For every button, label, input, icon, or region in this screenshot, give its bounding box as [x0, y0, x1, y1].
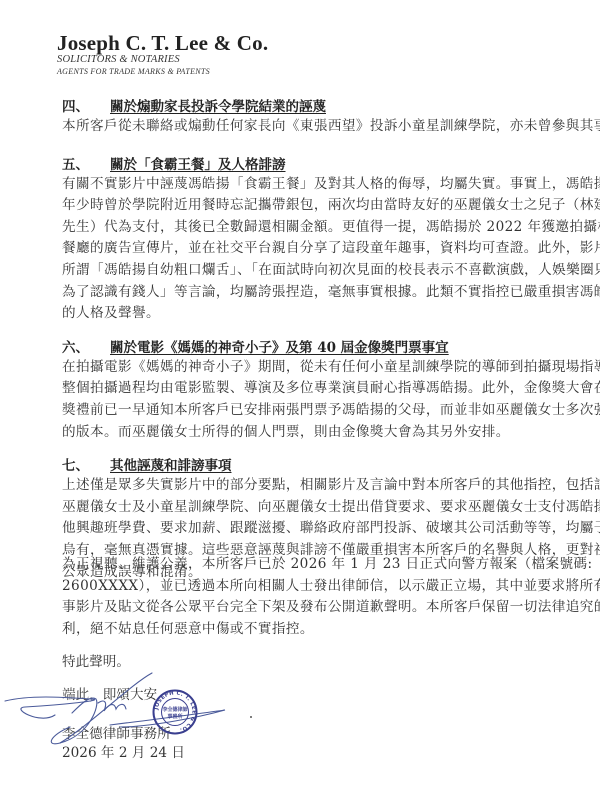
firm-subtitle-2: AGENTS FOR TRADE MARKS & PATENTS: [57, 66, 268, 77]
paragraph-line: 整個拍攝過程均由電影監製、導演及多位專業演員耐心指導馮皓揚。此外，金像獎大會在頒: [62, 378, 550, 400]
section-paragraph: 在拍攝電影《媽媽的神奇小子》期間，從未有任何小童星訓練學院的導師到拍攝現場指導。…: [62, 357, 550, 443]
company-stamp-icon: JOSEPH C. T. LEE & CO. 李全德律師 事務所: [152, 689, 198, 735]
paragraph-line: 年少時曾於學院附近用餐時忘記攜帶銀包，兩次均由當時友好的巫麗儀女士之兒子（林建邦: [62, 195, 550, 217]
paragraph-line: 為了認識有錢人」等言論，均屬誇張捏造，毫無事實根據。此類不實指控已嚴重損害馮皓揚: [62, 282, 550, 304]
section-number: 七、: [62, 457, 110, 475]
paragraph-line: 所謂「馮皓揚自幼粗口爛舌」、「在面試時向初次見面的校長表示不喜歡演戲，人娛樂圈只…: [62, 260, 550, 282]
section-5: 五、 關於「食霸王餐」及人格誹謗 有關不實影片中誣蔑馮皓揚「食霸王餐」及對其人格…: [62, 156, 550, 325]
firm-subtitle: SOLICITORS & NOTARIES: [57, 54, 268, 66]
section-paragraph: 本所客戶從未聯絡或煽動任何家長向《東張西望》投訴小童星訓練學院，亦未曾參與其事宜…: [62, 116, 550, 138]
section-title: 關於煽動家長投訴令學院結業的誣蔑: [110, 98, 326, 116]
paragraph-line: 先生）代為支付，其後已全數歸還相關金額。更值得一提，馮皓揚於 2022 年獲邀拍…: [62, 217, 550, 239]
section-heading: 七、 其他誣蔑和誹謗事項: [62, 457, 550, 475]
section-title: 關於「食霸王餐」及人格誹謗: [110, 156, 286, 174]
section-heading: 四、 關於煽動家長投訴令學院結業的誣蔑: [62, 98, 550, 116]
section-heading: 六、 關於電影《媽媽的神奇小子》及第 40 屆金像獎門票事宜: [62, 339, 550, 357]
declaration: 特此聲明。: [62, 650, 130, 670]
ink-dot: [250, 716, 252, 718]
letter-body: 四、 關於煽動家長投訴令學院結業的誣蔑 本所客戶從未聯絡或煽動任何家長向《東張西…: [62, 98, 550, 583]
paragraph-line: 他興趣班學費、要求加薪、跟蹤滋擾、聯絡政府部門投訴、破壞其公司活動等等，均屬子虛: [62, 518, 550, 540]
paragraph-line: 事影片及貼文從各公眾平台完全下架及發布公開道歉聲明。本所客戶保留一切法律追究的權: [62, 597, 550, 619]
paragraph-line: 本所客戶從未聯絡或煽動任何家長向《東張西望》投訴小童星訓練學院，亦未曾參與其事宜…: [62, 116, 550, 138]
closing-paragraph: 為正視聽、維護公義，本所客戶已於 2026 年 1 月 23 日正式向警方報案（…: [62, 554, 550, 640]
section-title: 關於電影《媽媽的神奇小子》及第 40 屆金像獎門票事宜: [110, 339, 449, 357]
section-paragraph: 有關不實影片中誣蔑馮皓揚「食霸王餐」及對其人格的侮辱，均屬失實。事實上，馮皓揚在…: [62, 174, 550, 325]
paragraph-line: 在拍攝電影《媽媽的神奇小子》期間，從未有任何小童星訓練學院的導師到拍攝現場指導。: [62, 357, 550, 379]
paragraph-line: 為正視聽、維護公義，本所客戶已於 2026 年 1 月 23 日正式向警方報案（…: [62, 554, 550, 576]
section-heading: 五、 關於「食霸王餐」及人格誹謗: [62, 156, 550, 174]
paragraph-line: 利，絕不姑息任何惡意中傷或不實指控。: [62, 619, 550, 641]
salutation: 端此，即頌大安: [62, 683, 157, 703]
firm-name: Joseph C. T. Lee & Co.: [57, 32, 268, 54]
paragraph-line: 獎禮前已一早通知本所客戶已安排兩張門票予馮皓揚的父母，而並非如巫麗儀女士多次強調: [62, 400, 550, 422]
section-4: 四、 關於煽動家長投訴令學院結業的誣蔑 本所客戶從未聯絡或煽動任何家長向《東張西…: [62, 98, 550, 138]
section-number: 四、: [62, 98, 110, 116]
paragraph-line: 的人格及聲譽。: [62, 303, 550, 325]
svg-text:事務所: 事務所: [167, 713, 182, 720]
paragraph-line: 的版本。而巫麗儀女士所得的個人門票，則由金像獎大會為其另外安排。: [62, 422, 550, 444]
paragraph-line: 巫麗儀女士及小童星訓練學院、向巫麗儀女士提出借貸要求、要求巫麗儀女士支付馮皓揚其: [62, 497, 550, 519]
paragraph-line: 餐廳的廣告宣傳片，並在社交平台親自分享了這段童年趣事，資料均可查證。此外，影片中: [62, 238, 550, 260]
section-6: 六、 關於電影《媽媽的神奇小子》及第 40 屆金像獎門票事宜 在拍攝電影《媽媽的…: [62, 339, 550, 443]
paragraph-line: 有關不實影片中誣蔑馮皓揚「食霸王餐」及對其人格的侮辱，均屬失實。事實上，馮皓揚在: [62, 174, 550, 196]
svg-text:李全德律師: 李全德律師: [161, 706, 187, 713]
section-number: 五、: [62, 156, 110, 174]
letter-date: 2026 年 2 月 24 日: [62, 741, 185, 761]
section-number: 六、: [62, 339, 110, 357]
section-title: 其他誣蔑和誹謗事項: [110, 457, 232, 475]
paragraph-line: 上述僅是眾多失實影片中的部分要點，相關影片及言論中對本所客戶的其他指控，包括詆毀: [62, 475, 550, 497]
letterhead: Joseph C. T. Lee & Co. SOLICITORS & NOTA…: [57, 32, 268, 77]
paragraph-line: 2600XXXX），並已透過本所向相關人士發出律師信，以示嚴正立場，其中並要求將…: [62, 576, 550, 598]
